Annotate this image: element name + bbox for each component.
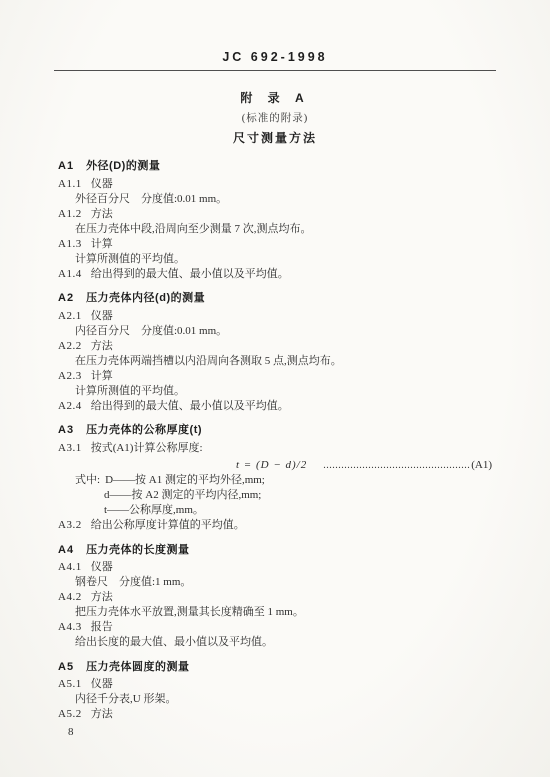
clause-number: A3.2 bbox=[58, 519, 82, 531]
clause-title: 方法 bbox=[91, 591, 113, 603]
clause-number: A2.3 bbox=[58, 370, 82, 382]
clause-text: 内径百分尺 分度值:0.01 mm。 bbox=[58, 325, 492, 339]
clause-title: 方法 bbox=[91, 340, 113, 352]
clause-heading-a2-4: A2.4给出得到的最大值、最小值以及平均值。 bbox=[58, 400, 492, 414]
formula-where-item: d——按 A2 测定的平均内径,mm; bbox=[58, 489, 492, 503]
clause-text: 内径千分表,U 形架。 bbox=[58, 693, 492, 707]
clause-title: 方法 bbox=[91, 208, 113, 220]
formula-label: (A1) bbox=[471, 459, 492, 471]
clause-title: 仪器 bbox=[91, 678, 113, 690]
section-heading-a3: A3压力壳体的公称厚度(t) bbox=[58, 424, 492, 438]
clause-text: 外径百分尺 分度值:0.01 mm。 bbox=[58, 193, 492, 207]
where-prefix: 式中: bbox=[75, 474, 100, 486]
clause-heading-a1-1: A1.1仪器 bbox=[58, 178, 492, 192]
clause-text: 给出长度的最大值、最小值以及平均值。 bbox=[58, 636, 492, 650]
clause-number: A4.2 bbox=[58, 591, 82, 603]
appendix-subtitle: 尺寸测量方法 bbox=[58, 129, 492, 146]
clause-heading-a3-1: A3.1按式(A1)计算公称厚度: bbox=[58, 442, 492, 456]
clause-text: 在压力壳体两端挡槽以内沿周向各测取 5 点,测点均布。 bbox=[58, 355, 492, 369]
clause-title: 给出得到的最大值、最小值以及平均值。 bbox=[91, 268, 289, 280]
section-title: 压力壳体的公称厚度(t) bbox=[86, 424, 202, 436]
formula-dot-leader: ........................................… bbox=[323, 460, 470, 471]
formula-a1: t = (D − d)/2 ..........................… bbox=[58, 459, 492, 471]
clause-number: A1.3 bbox=[58, 238, 82, 250]
page-number: 8 bbox=[58, 726, 492, 738]
clause-heading-a2-2: A2.2方法 bbox=[58, 340, 492, 354]
section-title: 压力壳体圆度的测量 bbox=[86, 661, 190, 673]
clause-heading-a3-2: A3.2给出公称厚度计算值的平均值。 bbox=[58, 519, 492, 533]
clause-number: A4.1 bbox=[58, 561, 82, 573]
clause-number: A2.4 bbox=[58, 400, 82, 412]
clause-title: 方法 bbox=[91, 708, 113, 720]
clause-number: A2.1 bbox=[58, 310, 82, 322]
clause-title: 报告 bbox=[91, 621, 113, 633]
where-text: D——按 A1 测定的平均外径,mm; bbox=[105, 474, 265, 486]
clause-heading-a1-3: A1.3计算 bbox=[58, 238, 492, 252]
section-number: A4 bbox=[58, 544, 74, 556]
clause-title: 给出公称厚度计算值的平均值。 bbox=[91, 519, 245, 531]
clause-number: A1.2 bbox=[58, 208, 82, 220]
clause-number: A5.1 bbox=[58, 678, 82, 690]
clause-text: 计算所测值的平均值。 bbox=[58, 385, 492, 399]
section-heading-a1: A1外径(D)的测量 bbox=[58, 160, 492, 174]
clause-text: 在压力壳体中段,沿周向至少测量 7 次,测点均布。 bbox=[58, 223, 492, 237]
clause-title: 仪器 bbox=[91, 310, 113, 322]
clause-heading-a5-1: A5.1仪器 bbox=[58, 678, 492, 692]
clause-text: 把压力壳体水平放置,测量其长度精确至 1 mm。 bbox=[58, 606, 492, 620]
clause-number: A5.2 bbox=[58, 708, 82, 720]
section-title: 外径(D)的测量 bbox=[86, 160, 160, 172]
section-heading-a4: A4压力壳体的长度测量 bbox=[58, 544, 492, 558]
clause-number: A1.4 bbox=[58, 268, 82, 280]
appendix-note: (标准的附录) bbox=[58, 110, 492, 125]
document-body: A1外径(D)的测量 A1.1仪器 外径百分尺 分度值:0.01 mm。 A1.… bbox=[58, 160, 492, 738]
section-number: A1 bbox=[58, 160, 74, 172]
formula-where-line: 式中:D——按 A1 测定的平均外径,mm; bbox=[58, 474, 492, 488]
clause-title: 仪器 bbox=[91, 178, 113, 190]
section-number: A3 bbox=[58, 424, 74, 436]
appendix-title-block: 附 录 A (标准的附录) 尺寸测量方法 bbox=[58, 89, 492, 146]
clause-heading-a1-4: A1.4给出得到的最大值、最小值以及平均值。 bbox=[58, 268, 492, 282]
clause-title: 按式(A1)计算公称厚度: bbox=[91, 442, 203, 454]
section-title: 压力壳体的长度测量 bbox=[86, 544, 190, 556]
clause-heading-a5-2: A5.2方法 bbox=[58, 708, 492, 722]
clause-title: 计算 bbox=[91, 370, 113, 382]
clause-number: A1.1 bbox=[58, 178, 82, 190]
clause-title: 给出得到的最大值、最小值以及平均值。 bbox=[91, 400, 289, 412]
clause-title: 计算 bbox=[91, 238, 113, 250]
section-heading-a5: A5压力壳体圆度的测量 bbox=[58, 661, 492, 675]
clause-title: 仪器 bbox=[91, 561, 113, 573]
clause-heading-a2-1: A2.1仪器 bbox=[58, 310, 492, 324]
formula-expression: t = (D − d)/2 bbox=[236, 459, 307, 471]
clause-text: 钢卷尺 分度值:1 mm。 bbox=[58, 576, 492, 590]
clause-heading-a4-1: A4.1仪器 bbox=[58, 561, 492, 575]
clause-number: A4.3 bbox=[58, 621, 82, 633]
section-title: 压力壳体内径(d)的测量 bbox=[86, 292, 205, 304]
standard-code: JC 692-1998 bbox=[58, 0, 492, 64]
clause-heading-a2-3: A2.3计算 bbox=[58, 370, 492, 384]
clause-heading-a4-2: A4.2方法 bbox=[58, 591, 492, 605]
appendix-heading: 附 录 A bbox=[58, 89, 492, 106]
header-rule bbox=[54, 70, 496, 71]
section-number: A5 bbox=[58, 661, 74, 673]
clause-heading-a1-2: A1.2方法 bbox=[58, 208, 492, 222]
formula-where-item: t——公称厚度,mm。 bbox=[58, 504, 492, 518]
section-heading-a2: A2压力壳体内径(d)的测量 bbox=[58, 292, 492, 306]
clause-heading-a4-3: A4.3报告 bbox=[58, 621, 492, 635]
section-number: A2 bbox=[58, 292, 74, 304]
clause-number: A2.2 bbox=[58, 340, 82, 352]
clause-number: A3.1 bbox=[58, 442, 82, 454]
document-page: JC 692-1998 附 录 A (标准的附录) 尺寸测量方法 A1外径(D)… bbox=[0, 0, 550, 777]
clause-text: 计算所测值的平均值。 bbox=[58, 253, 492, 267]
